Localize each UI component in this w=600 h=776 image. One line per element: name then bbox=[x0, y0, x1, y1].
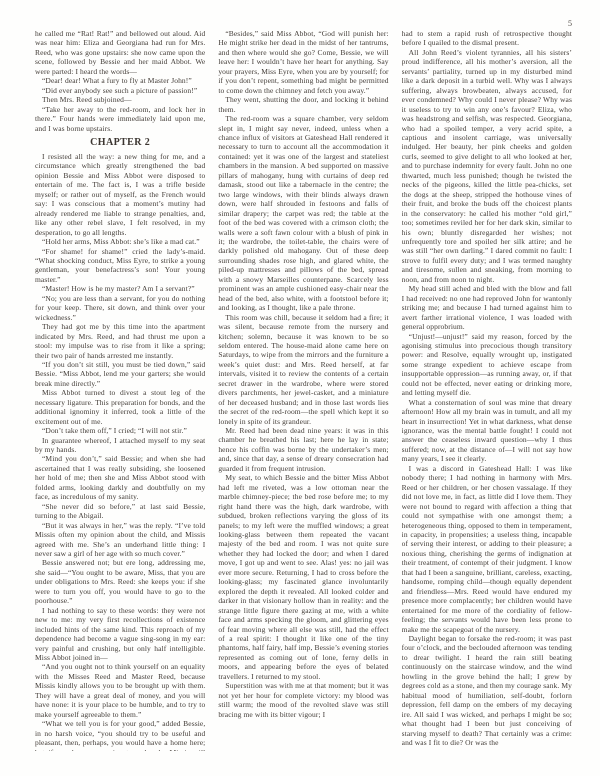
paragraph: “Unjust!—unjust!” said my reason, forced… bbox=[402, 332, 572, 398]
paragraph: This room was chill, because it seldom h… bbox=[218, 313, 388, 426]
paragraph: My head still ached and bled with the bl… bbox=[402, 284, 572, 331]
paragraph: I resisted all the way: a new thing for … bbox=[35, 152, 205, 237]
paragraph: Miss Abbot turned to divest a stout leg … bbox=[35, 388, 205, 426]
paragraph: Then Mrs. Reed subjoined— bbox=[35, 95, 205, 104]
text-column-3: had to stem a rapid rush of retrospectiv… bbox=[402, 29, 572, 751]
paragraph: “She never did so before,” at last said … bbox=[35, 502, 205, 521]
paragraph: Superstition was with me at that moment;… bbox=[218, 681, 388, 719]
paragraph: “Take her away to the red-room, and lock… bbox=[35, 105, 205, 133]
text-column-2: “Besides,” said Miss Abbot, “God will pu… bbox=[218, 29, 388, 751]
paragraph: “Master! How is he my master? Am I a ser… bbox=[35, 284, 205, 293]
paragraph: “And you ought not to think yourself on … bbox=[35, 662, 205, 719]
paragraph: “Did ever anybody see such a picture of … bbox=[35, 86, 205, 95]
text-column-1: he called me “Rat! Rat!” and bellowed ou… bbox=[35, 29, 205, 751]
paragraph: he called me “Rat! Rat!” and bellowed ou… bbox=[35, 29, 205, 76]
paragraph: “Dear! dear! What a fury to fly at Maste… bbox=[35, 76, 205, 85]
paragraph: My seat, to which Bessie and the bitter … bbox=[218, 473, 388, 681]
paragraph: All John Reed’s violent tyrannies, all h… bbox=[402, 48, 572, 284]
paragraph: “For shame! for shame!” cried the lady’s… bbox=[35, 247, 205, 285]
paragraph: “No; you are less than a servant, for yo… bbox=[35, 294, 205, 322]
book-page: 5 he called me “Rat! Rat!” and bellowed … bbox=[0, 0, 600, 776]
paragraph: “Mind you don’t,” said Bessie; and when … bbox=[35, 454, 205, 501]
paragraph: “If you don’t sit still, you must be tie… bbox=[35, 360, 205, 388]
paragraph: “Don’t take them off,” I cried; “I will … bbox=[35, 426, 205, 435]
paragraph: I was a discord in Gateshead Hall: I was… bbox=[402, 464, 572, 634]
paragraph: They went, shutting the door, and lockin… bbox=[218, 95, 388, 114]
paragraph: Daylight began to forsake the red-room; … bbox=[402, 634, 572, 747]
text-columns: he called me “Rat! Rat!” and bellowed ou… bbox=[35, 29, 572, 751]
paragraph: In guarantee whereof, I attached myself … bbox=[35, 436, 205, 455]
paragraph: The red-room was a square chamber, very … bbox=[218, 114, 388, 313]
paragraph: I had nothing to say to these words: the… bbox=[35, 606, 205, 663]
paragraph: had to stem a rapid rush of retrospectiv… bbox=[402, 29, 572, 48]
paragraph: They had got me by this time into the ap… bbox=[35, 322, 205, 360]
paragraph: “What we tell you is for your good,” add… bbox=[35, 719, 205, 751]
paragraph: Mr. Reed had been dead nine years: it wa… bbox=[218, 426, 388, 473]
paragraph: “But it was always in her,” was the repl… bbox=[35, 521, 205, 559]
paragraph: What a consternation of soul was mine th… bbox=[402, 398, 572, 464]
paragraph: “Besides,” said Miss Abbot, “God will pu… bbox=[218, 29, 388, 95]
paragraph: Bessie answered not; but ere long, addre… bbox=[35, 558, 205, 605]
paragraph: “Hold her arms, Miss Abbot: she’s like a… bbox=[35, 237, 205, 246]
chapter-heading: CHAPTER 2 bbox=[35, 137, 205, 149]
page-number: 5 bbox=[568, 19, 572, 28]
